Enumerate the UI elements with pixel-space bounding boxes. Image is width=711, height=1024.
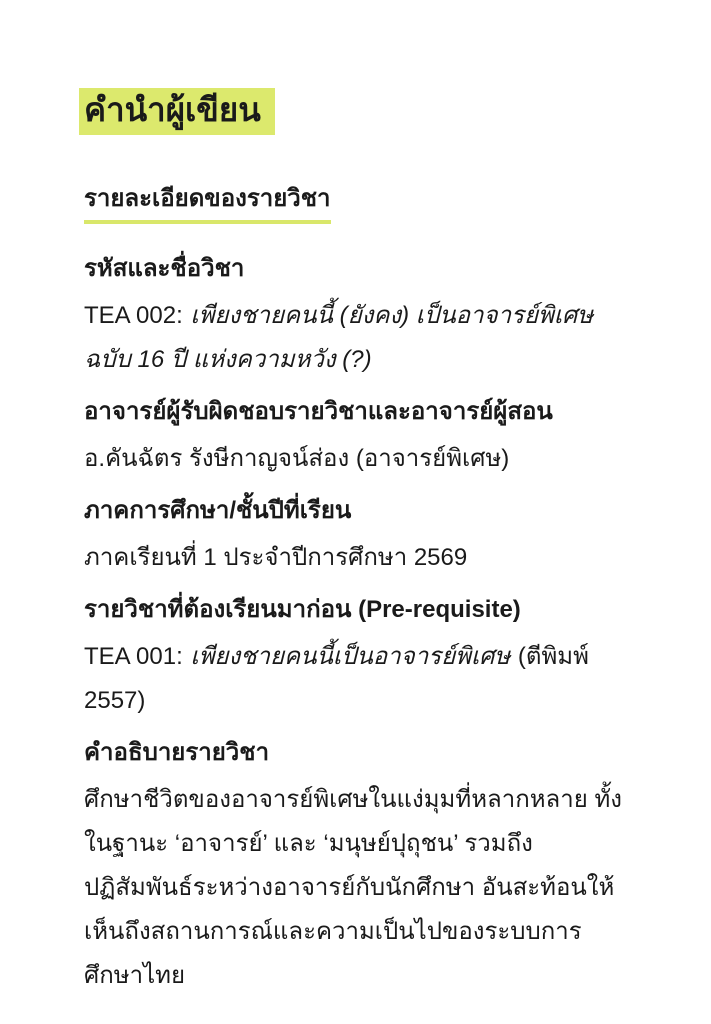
semester-body: ภาคเรียนที่ 1 ประจำปีการศึกษา 2569 <box>84 536 633 580</box>
prerequisite-body: TEA 001:เพียงชายคนนี้เป็นอาจารย์พิเศษ(ตี… <box>84 635 633 723</box>
page-title-highlight: คำนำผู้เขียน <box>79 88 275 135</box>
semester-heading: ภาคการศึกษา/ชั้นปีที่เรียน <box>84 494 633 528</box>
course-code-heading: รหัสและชื่อวิชา <box>84 252 633 286</box>
details-section-header-text: รายละเอียดของรายวิชา <box>84 185 331 224</box>
prerequisite-code-value: TEA 001: <box>84 643 183 670</box>
description-body: ศึกษาชีวิตของอาจารย์พิเศษในแง่มุมที่หลาก… <box>84 778 633 998</box>
instructor-heading: อาจารย์ผู้รับผิดชอบรายวิชาและอาจารย์ผู้ส… <box>84 395 633 429</box>
page-title: คำนำผู้เขียน <box>84 88 633 135</box>
section-instructor: อาจารย์ผู้รับผิดชอบรายวิชาและอาจารย์ผู้ส… <box>84 395 633 481</box>
section-prerequisite: รายวิชาที่ต้องเรียนมาก่อน (Pre-requisite… <box>84 593 633 723</box>
section-semester: ภาคการศึกษา/ชั้นปีที่เรียน ภาคเรียนที่ 1… <box>84 494 633 580</box>
instructor-body: อ.คันฉัตร รังษีกาญจน์ส่อง (อาจารย์พิเศษ) <box>84 437 633 481</box>
prerequisite-title-text: เพียงชายคนนี้เป็นอาจารย์พิเศษ <box>190 643 510 670</box>
section-course-code: รหัสและชื่อวิชา TEA 002:เพียงชายคนนี้ (ย… <box>84 252 633 382</box>
section-description: คำอธิบายรายวิชา ศึกษาชีวิตของอาจารย์พิเศ… <box>84 736 633 998</box>
description-heading: คำอธิบายรายวิชา <box>84 736 633 770</box>
details-section-header: รายละเอียดของรายวิชา <box>84 185 633 224</box>
book-page: คำนำผู้เขียน รายละเอียดของรายวิชา รหัสแล… <box>0 0 711 1024</box>
prerequisite-heading: รายวิชาที่ต้องเรียนมาก่อน (Pre-requisite… <box>84 593 633 627</box>
course-code-value: TEA 002: <box>84 302 183 329</box>
course-code-body: TEA 002:เพียงชายคนนี้ (ยังคง) เป็นอาจารย… <box>84 294 633 382</box>
